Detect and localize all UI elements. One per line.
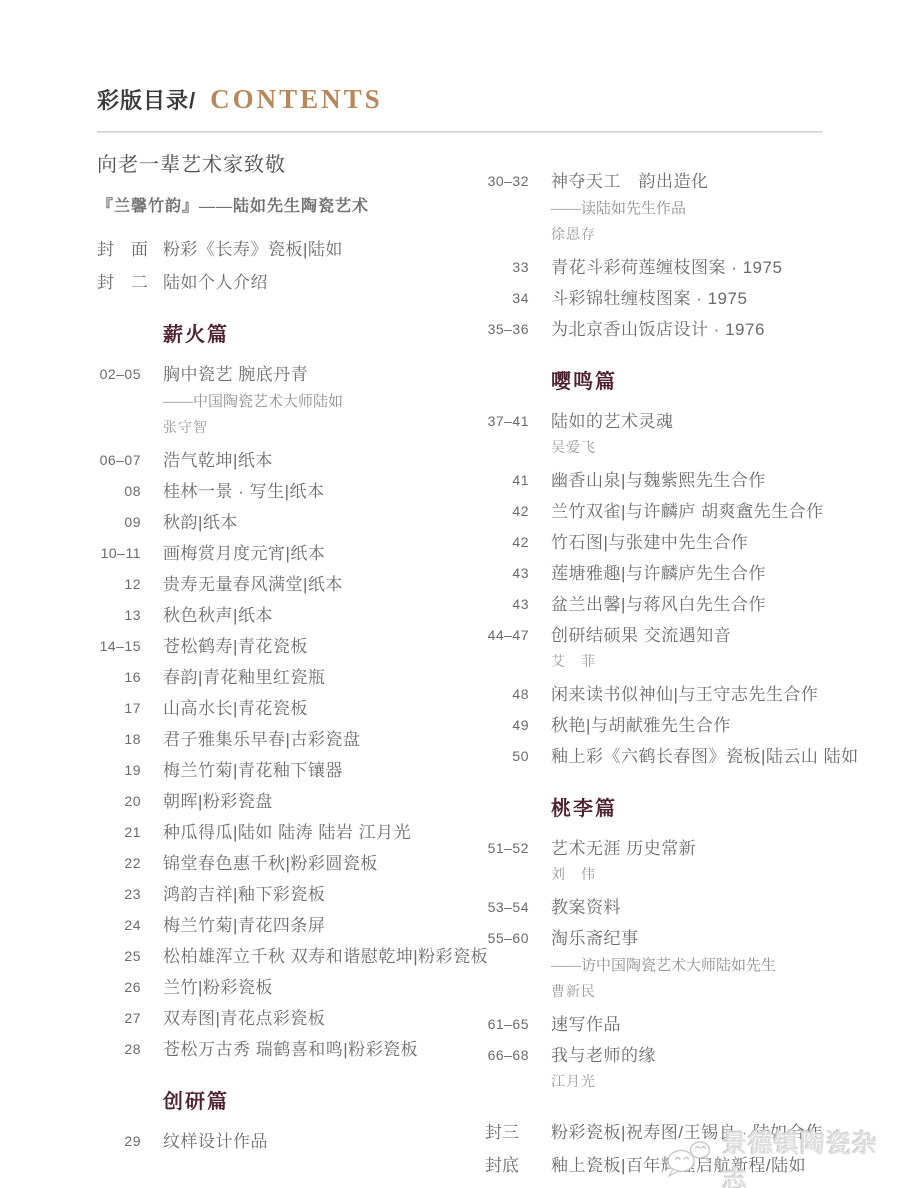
entry-body: 艺术无涯 历史常新刘 伟 xyxy=(551,839,696,886)
cover-label: 封 面 xyxy=(97,240,163,259)
entry-pages: 49 xyxy=(485,716,529,735)
section-heading: 创研篇 xyxy=(163,1085,492,1114)
entry-pages: 33 xyxy=(485,258,529,277)
entry-body: 神夺天工 韵出造化——读陆如先生作品徐恩存 xyxy=(551,172,709,246)
entry-title: 桂林一景 · 写生|纸本 xyxy=(163,482,325,501)
entry-title: 双寿图|青花点彩瓷板 xyxy=(163,1009,325,1028)
entry-title: 君子雅集乐早春|古彩瓷盘 xyxy=(163,730,360,749)
entry-title: 兰竹双雀|与许麟庐 胡爽盦先生合作 xyxy=(551,502,824,521)
toc-entry: 23鸿韵吉祥|釉下彩瓷板 xyxy=(97,885,492,904)
entry-body: 幽香山泉|与魏紫熙先生合作 xyxy=(551,471,766,490)
tribute-heading: 向老一辈艺术家致敬 xyxy=(97,148,492,177)
entry-pages: 20 xyxy=(97,792,141,811)
entry-body: 贵寿无量春风满堂|纸本 xyxy=(163,575,343,594)
entry-pages: 41 xyxy=(485,471,529,490)
entry-pages: 10–11 xyxy=(97,544,141,563)
toc-entry: 25松柏雄浑立千秋 双寿和谐慰乾坤|粉彩瓷板 xyxy=(97,947,492,966)
entry-pages: 53–54 xyxy=(485,898,529,917)
entry-pages: 43 xyxy=(485,595,529,614)
page-title-english: CONTENTS xyxy=(210,84,383,115)
toc-entry: 48闲来读书似神仙|与王守志先生合作 xyxy=(485,685,880,704)
entry-body: 锦堂春色惠千秋|粉彩圆瓷板 xyxy=(163,854,378,873)
toc-entry: 44–47创研结硕果 交流遇知音艾 菲 xyxy=(485,626,880,673)
entry-body: 莲塘雅趣|与许麟庐先生合作 xyxy=(551,564,766,583)
cover-title: 陆如个人介绍 xyxy=(163,273,268,292)
entry-title: 创研结硕果 交流遇知音 xyxy=(551,626,731,645)
entry-title: 陆如的艺术灵魂 xyxy=(551,412,674,431)
entry-body: 速写作品 xyxy=(551,1015,621,1034)
toc-entry: 35–36为北京香山饭店设计 · 1976 xyxy=(485,320,880,339)
entry-pages: 30–32 xyxy=(485,172,529,246)
entry-title: 锦堂春色惠千秋|粉彩圆瓷板 xyxy=(163,854,378,873)
entry-subtitle: ——访中国陶瓷艺术大师陆如先生 xyxy=(551,958,776,975)
page-title: 彩版目录/ CONTENTS xyxy=(97,84,383,115)
entry-pages: 27 xyxy=(97,1009,141,1028)
toc-entry: 37–41陆如的艺术灵魂吴爱飞 xyxy=(485,412,880,459)
entry-title: 青花斗彩荷莲缠枝图案 · 1975 xyxy=(551,258,782,277)
entry-title: 艺术无涯 历史常新 xyxy=(551,839,696,858)
entry-body: 盆兰出馨|与蒋风白先生合作 xyxy=(551,595,766,614)
entry-body: 纹样设计作品 xyxy=(163,1132,268,1151)
entry-body: 斗彩锦牡缠枝图案 · 1975 xyxy=(551,289,747,308)
left-column: 向老一辈艺术家致敬 『兰馨竹韵』——陆如先生陶瓷艺术 封 面粉彩《长寿》瓷板|陆… xyxy=(97,148,492,1163)
entry-body: 春韵|青花釉里红瓷瓶 xyxy=(163,668,325,687)
toc-entry: 27双寿图|青花点彩瓷板 xyxy=(97,1009,492,1028)
entry-body: 陆如的艺术灵魂吴爱飞 xyxy=(551,412,674,459)
entry-title: 釉上彩《六鹤长春图》瓷板|陆云山 陆如 xyxy=(551,747,859,766)
entry-body: 为北京香山饭店设计 · 1976 xyxy=(551,320,765,339)
entry-body: 双寿图|青花点彩瓷板 xyxy=(163,1009,325,1028)
entry-title: 梅兰竹菊|青花釉下镶器 xyxy=(163,761,343,780)
cover-title: 粉彩《长寿》瓷板|陆如 xyxy=(163,240,343,259)
entry-body: 釉上彩《六鹤长春图》瓷板|陆云山 陆如 xyxy=(551,747,859,766)
entry-title: 竹石图|与张建中先生合作 xyxy=(551,533,748,552)
entry-pages: 44–47 xyxy=(485,626,529,673)
entry-pages: 17 xyxy=(97,699,141,718)
toc-entry: 51–52艺术无涯 历史常新刘 伟 xyxy=(485,839,880,886)
entry-title: 苍松万古秀 瑞鹤喜和鸣|粉彩瓷板 xyxy=(163,1040,418,1059)
entry-subtitle: ——中国陶瓷艺术大师陆如 xyxy=(163,394,343,411)
entry-pages: 43 xyxy=(485,564,529,583)
entry-body: 梅兰竹菊|青花四条屏 xyxy=(163,916,325,935)
entry-title: 斗彩锦牡缠枝图案 · 1975 xyxy=(551,289,747,308)
entry-pages: 19 xyxy=(97,761,141,780)
toc-entry: 22锦堂春色惠千秋|粉彩圆瓷板 xyxy=(97,854,492,873)
entry-pages: 42 xyxy=(485,533,529,552)
spacer xyxy=(485,1105,880,1123)
entry-title: 教案资料 xyxy=(551,898,621,917)
toc-entry: 55–60淘乐斋纪事——访中国陶瓷艺术大师陆如先生曹新民 xyxy=(485,929,880,1003)
entry-pages: 28 xyxy=(97,1040,141,1059)
entry-author: 张守智 xyxy=(163,421,343,437)
toc-entry: 50釉上彩《六鹤长春图》瓷板|陆云山 陆如 xyxy=(485,747,880,766)
entry-title: 春韵|青花釉里红瓷瓶 xyxy=(163,668,325,687)
toc-entry: 26兰竹|粉彩瓷板 xyxy=(97,978,492,997)
toc-entry: 21种瓜得瓜|陆如 陆涛 陆岩 江月光 xyxy=(97,823,492,842)
toc-entry: 10–11画梅赏月度元宵|纸本 xyxy=(97,544,492,563)
entry-title: 我与老师的缘 xyxy=(551,1046,656,1065)
entry-title: 秋韵|纸本 xyxy=(163,513,238,532)
toc-entry: 14–15苍松鹤寿|青花瓷板 xyxy=(97,637,492,656)
toc-entry: 30–32神夺天工 韵出造化——读陆如先生作品徐恩存 xyxy=(485,172,880,246)
entry-pages: 08 xyxy=(97,482,141,501)
toc-entry: 28苍松万古秀 瑞鹤喜和鸣|粉彩瓷板 xyxy=(97,1040,492,1059)
entry-body: 兰竹|粉彩瓷板 xyxy=(163,978,273,997)
toc-entry: 08桂林一景 · 写生|纸本 xyxy=(97,482,492,501)
toc-entry: 43莲塘雅趣|与许麟庐先生合作 xyxy=(485,564,880,583)
entry-pages: 14–15 xyxy=(97,637,141,656)
entry-body: 青花斗彩荷莲缠枝图案 · 1975 xyxy=(551,258,782,277)
entry-title: 闲来读书似神仙|与王守志先生合作 xyxy=(551,685,818,704)
entry-title: 神夺天工 韵出造化 xyxy=(551,172,709,191)
entry-title: 秋色秋声|纸本 xyxy=(163,606,273,625)
entry-body: 松柏雄浑立千秋 双寿和谐慰乾坤|粉彩瓷板 xyxy=(163,947,488,966)
entry-pages: 24 xyxy=(97,916,141,935)
toc-entry: 42兰竹双雀|与许麟庐 胡爽盦先生合作 xyxy=(485,502,880,521)
entry-body: 秋艳|与胡献雅先生合作 xyxy=(551,716,731,735)
entry-pages: 18 xyxy=(97,730,141,749)
section-heading: 桃李篇 xyxy=(551,792,880,821)
entry-title: 种瓜得瓜|陆如 陆涛 陆岩 江月光 xyxy=(163,823,411,842)
entry-body: 朝晖|粉彩瓷盘 xyxy=(163,792,273,811)
entry-title: 速写作品 xyxy=(551,1015,621,1034)
entry-title: 淘乐斋纪事 xyxy=(551,929,776,948)
toc-entry: 02–05胸中瓷艺 腕底丹青——中国陶瓷艺术大师陆如张守智 xyxy=(97,365,492,439)
entry-author: 刘 伟 xyxy=(551,868,696,884)
cover-label: 封 二 xyxy=(97,273,163,292)
toc-entry: 12贵寿无量春风满堂|纸本 xyxy=(97,575,492,594)
toc-entry: 61–65速写作品 xyxy=(485,1015,880,1034)
page-title-chinese: 彩版目录/ xyxy=(97,84,196,115)
entry-pages: 09 xyxy=(97,513,141,532)
entry-body: 鸿韵吉祥|釉下彩瓷板 xyxy=(163,885,325,904)
entry-pages: 50 xyxy=(485,747,529,766)
entry-body: 我与老师的缘江月光 xyxy=(551,1046,656,1093)
entry-author: 曹新民 xyxy=(551,985,776,1001)
entry-pages: 61–65 xyxy=(485,1015,529,1034)
entry-title: 苍松鹤寿|青花瓷板 xyxy=(163,637,308,656)
entry-title: 画梅赏月度元宵|纸本 xyxy=(163,544,325,563)
entry-body: 桂林一景 · 写生|纸本 xyxy=(163,482,325,501)
entry-pages: 37–41 xyxy=(485,412,529,459)
toc-entry: 49秋艳|与胡献雅先生合作 xyxy=(485,716,880,735)
toc-entry: 33青花斗彩荷莲缠枝图案 · 1975 xyxy=(485,258,880,277)
entry-body: 胸中瓷艺 腕底丹青——中国陶瓷艺术大师陆如张守智 xyxy=(163,365,343,439)
entry-title: 山高水长|青花瓷板 xyxy=(163,699,308,718)
toc-entry: 34斗彩锦牡缠枝图案 · 1975 xyxy=(485,289,880,308)
entry-title: 浩气乾坤|纸本 xyxy=(163,451,273,470)
entry-pages: 34 xyxy=(485,289,529,308)
entry-body: 种瓜得瓜|陆如 陆涛 陆岩 江月光 xyxy=(163,823,411,842)
entry-author: 江月光 xyxy=(551,1075,656,1091)
entry-title: 盆兰出馨|与蒋风白先生合作 xyxy=(551,595,766,614)
entry-body: 秋色秋声|纸本 xyxy=(163,606,273,625)
magazine-logo: 景德镇陶瓷杂志 xyxy=(664,1124,900,1188)
cover-item: 封 二陆如个人介绍 xyxy=(97,273,492,292)
entry-title: 贵寿无量春风满堂|纸本 xyxy=(163,575,343,594)
entry-title: 秋艳|与胡献雅先生合作 xyxy=(551,716,731,735)
entry-body: 秋韵|纸本 xyxy=(163,513,238,532)
entry-title: 兰竹|粉彩瓷板 xyxy=(163,978,273,997)
entry-pages: 29 xyxy=(97,1132,141,1151)
entry-pages: 48 xyxy=(485,685,529,704)
toc-entry: 24梅兰竹菊|青花四条屏 xyxy=(97,916,492,935)
toc-entry: 53–54教案资料 xyxy=(485,898,880,917)
cover-item: 封 面粉彩《长寿》瓷板|陆如 xyxy=(97,240,492,259)
entry-body: 闲来读书似神仙|与王守志先生合作 xyxy=(551,685,818,704)
entry-pages: 12 xyxy=(97,575,141,594)
entry-body: 苍松万古秀 瑞鹤喜和鸣|粉彩瓷板 xyxy=(163,1040,418,1059)
entry-title: 梅兰竹菊|青花四条屏 xyxy=(163,916,325,935)
entry-pages: 21 xyxy=(97,823,141,842)
entry-pages: 06–07 xyxy=(97,451,141,470)
entry-pages: 51–52 xyxy=(485,839,529,886)
entry-body: 画梅赏月度元宵|纸本 xyxy=(163,544,325,563)
right-column: 30–32神夺天工 韵出造化——读陆如先生作品徐恩存33青花斗彩荷莲缠枝图案 ·… xyxy=(485,172,880,1188)
magazine-logo-text: 景德镇陶瓷杂志 xyxy=(722,1124,900,1188)
toc-entry: 43盆兰出馨|与蒋风白先生合作 xyxy=(485,595,880,614)
entry-body: 苍松鹤寿|青花瓷板 xyxy=(163,637,308,656)
entry-body: 梅兰竹菊|青花釉下镶器 xyxy=(163,761,343,780)
toc-entry: 42竹石图|与张建中先生合作 xyxy=(485,533,880,552)
section-heading: 嘤鸣篇 xyxy=(551,365,880,394)
entry-pages: 02–05 xyxy=(97,365,141,439)
entry-body: 创研结硕果 交流遇知音艾 菲 xyxy=(551,626,731,673)
toc-entry: 19梅兰竹菊|青花釉下镶器 xyxy=(97,761,492,780)
entry-author: 吴爱飞 xyxy=(551,441,674,457)
right-entries: 30–32神夺天工 韵出造化——读陆如先生作品徐恩存33青花斗彩荷莲缠枝图案 ·… xyxy=(485,172,880,1175)
entry-pages: 35–36 xyxy=(485,320,529,339)
entry-title: 为北京香山饭店设计 · 1976 xyxy=(551,320,765,339)
entry-pages: 13 xyxy=(97,606,141,625)
entry-subtitle: ——读陆如先生作品 xyxy=(551,201,709,218)
entry-pages: 42 xyxy=(485,502,529,521)
entry-body: 淘乐斋纪事——访中国陶瓷艺术大师陆如先生曹新民 xyxy=(551,929,776,1003)
toc-entry: 66–68我与老师的缘江月光 xyxy=(485,1046,880,1093)
entry-author: 徐恩存 xyxy=(551,228,709,244)
toc-entry: 29纹样设计作品 xyxy=(97,1132,492,1151)
entry-pages: 55–60 xyxy=(485,929,529,1003)
section-heading: 薪火篇 xyxy=(163,318,492,347)
entry-title: 纹样设计作品 xyxy=(163,1132,268,1151)
toc-entry: 06–07浩气乾坤|纸本 xyxy=(97,451,492,470)
entry-body: 山高水长|青花瓷板 xyxy=(163,699,308,718)
entry-title: 幽香山泉|与魏紫熙先生合作 xyxy=(551,471,766,490)
toc-entry: 09秋韵|纸本 xyxy=(97,513,492,532)
entry-body: 君子雅集乐早春|古彩瓷盘 xyxy=(163,730,360,749)
entry-title: 莲塘雅趣|与许麟庐先生合作 xyxy=(551,564,766,583)
left-entries: 封 面粉彩《长寿》瓷板|陆如封 二陆如个人介绍薪火篇02–05胸中瓷艺 腕底丹青… xyxy=(97,240,492,1151)
toc-page: 彩版目录/ CONTENTS 向老一辈艺术家致敬 『兰馨竹韵』——陆如先生陶瓷艺… xyxy=(0,0,900,1188)
entry-pages: 22 xyxy=(97,854,141,873)
entry-title: 鸿韵吉祥|釉下彩瓷板 xyxy=(163,885,325,904)
entry-body: 教案资料 xyxy=(551,898,621,917)
toc-entry: 20朝晖|粉彩瓷盘 xyxy=(97,792,492,811)
entry-pages: 25 xyxy=(97,947,141,966)
entry-author: 艾 菲 xyxy=(551,655,731,671)
entry-title: 松柏雄浑立千秋 双寿和谐慰乾坤|粉彩瓷板 xyxy=(163,947,488,966)
toc-entry: 16春韵|青花釉里红瓷瓶 xyxy=(97,668,492,687)
toc-entry: 13秋色秋声|纸本 xyxy=(97,606,492,625)
entry-pages: 26 xyxy=(97,978,141,997)
entry-pages: 66–68 xyxy=(485,1046,529,1093)
header-divider xyxy=(97,131,822,133)
cover-label: 封底 xyxy=(485,1156,551,1175)
entry-title: 胸中瓷艺 腕底丹青 xyxy=(163,365,343,384)
toc-entry: 17山高水长|青花瓷板 xyxy=(97,699,492,718)
entry-body: 浩气乾坤|纸本 xyxy=(163,451,273,470)
entry-body: 竹石图|与张建中先生合作 xyxy=(551,533,748,552)
entry-pages: 16 xyxy=(97,668,141,687)
cover-label: 封三 xyxy=(485,1123,551,1142)
wechat-icon xyxy=(664,1137,716,1184)
toc-entry: 41幽香山泉|与魏紫熙先生合作 xyxy=(485,471,880,490)
entry-pages: 23 xyxy=(97,885,141,904)
toc-entry: 18君子雅集乐早春|古彩瓷盘 xyxy=(97,730,492,749)
tribute-subheading: 『兰馨竹韵』——陆如先生陶瓷艺术 xyxy=(97,193,492,216)
entry-title: 朝晖|粉彩瓷盘 xyxy=(163,792,273,811)
entry-body: 兰竹双雀|与许麟庐 胡爽盦先生合作 xyxy=(551,502,824,521)
